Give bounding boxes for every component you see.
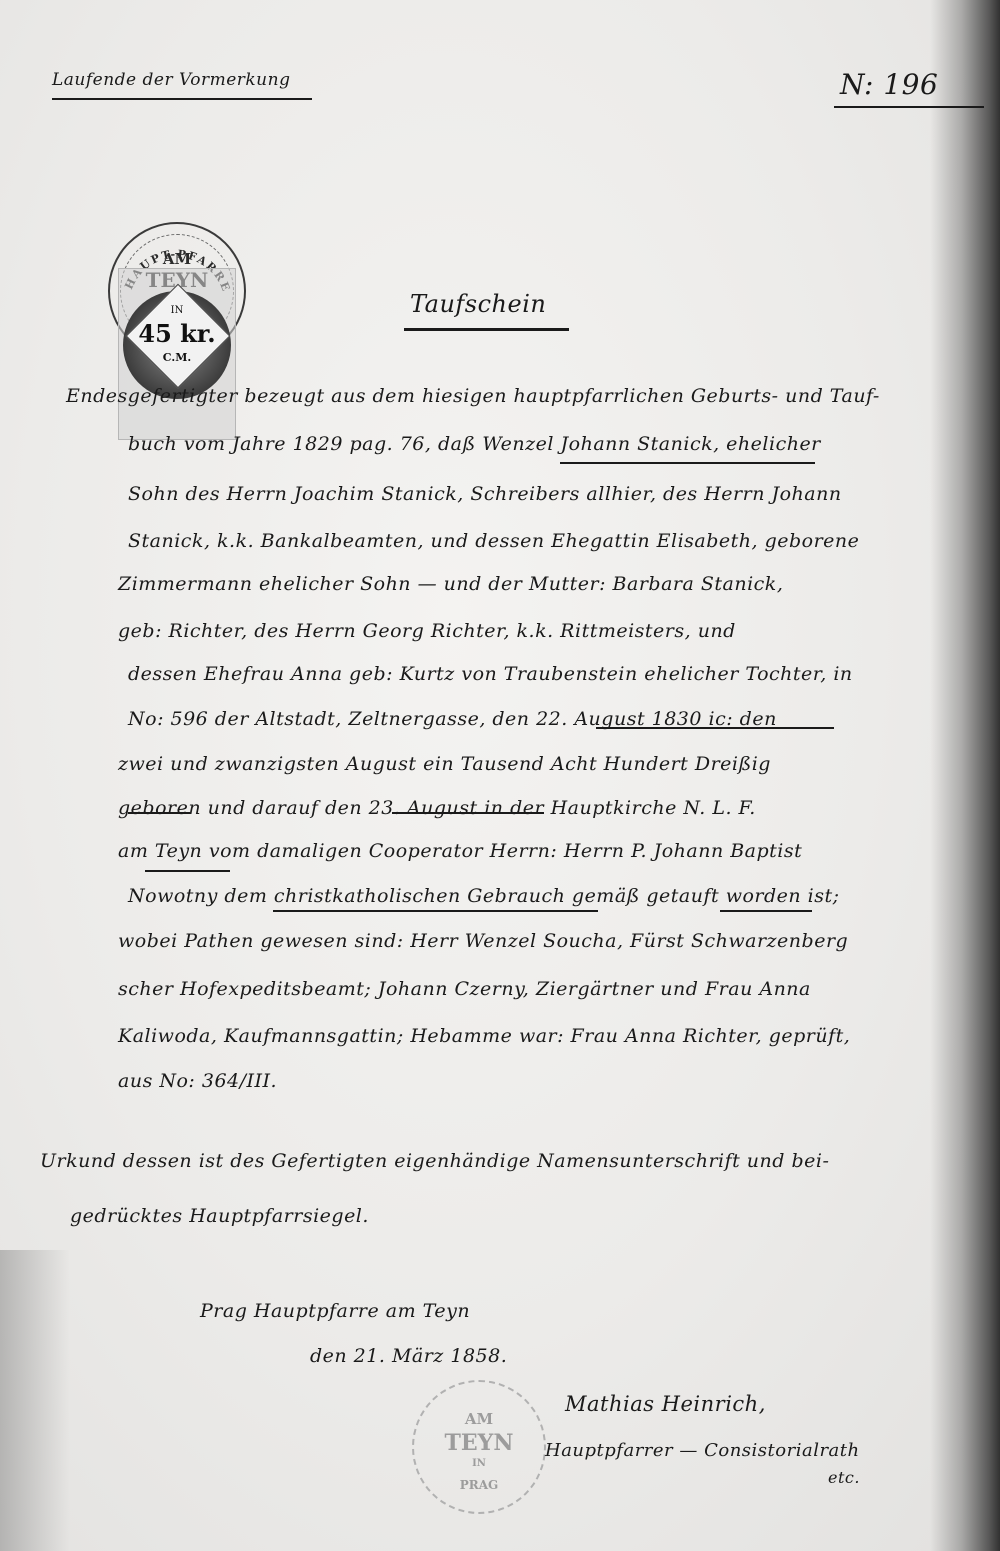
signature-name: Mathias Heinrich, xyxy=(565,1392,766,1416)
seal-line-am: AM xyxy=(110,250,244,268)
body-line: dessen Ehefrau Anna geb: Kurtz von Traub… xyxy=(128,663,853,685)
document-title: Taufschein xyxy=(410,290,546,318)
register-heading-text: Laufende der Vormerkung xyxy=(52,70,290,90)
seal-line-am: AM xyxy=(414,1410,544,1428)
revenue-prefix: IN xyxy=(119,305,235,316)
paper-edge-shadow xyxy=(0,1250,70,1551)
body-line: Nowotny dem christkatholischen Gebrauch … xyxy=(128,885,840,907)
body-line: Sohn des Herrn Joachim Stanick, Schreibe… xyxy=(128,483,842,505)
heading-underline xyxy=(52,98,312,100)
rite-underline xyxy=(273,910,598,912)
body-line: Stanick, k.k. Bankalbeamten, und dessen … xyxy=(128,530,859,552)
document-number: N: 196 xyxy=(840,68,938,101)
geboren-underline xyxy=(128,812,190,814)
body-line: geboren und darauf den 23. August in der… xyxy=(118,797,756,819)
title-text: Taufschein xyxy=(410,290,546,318)
body-line: scher Hofexpeditsbeamt; Johann Czerny, Z… xyxy=(118,978,811,1000)
getauft-underline xyxy=(720,910,812,912)
revenue-value: 45 kr. xyxy=(119,319,235,348)
document-page: Laufende der Vormerkung N: 196 HAUPT-PFA… xyxy=(0,0,1000,1551)
register-heading: Laufende der Vormerkung xyxy=(52,70,290,90)
body-line: zwei und zwanzigsten August ein Tausend … xyxy=(118,753,771,775)
seal-line-prag: PRAG xyxy=(414,1478,544,1492)
number-underline xyxy=(834,106,984,108)
number-value: 196 xyxy=(883,68,938,101)
body-line: buch vom Jahre 1829 pag. 76, daß Wenzel … xyxy=(128,433,821,455)
title-underline xyxy=(404,328,569,331)
name-underline xyxy=(560,462,815,464)
signature-place: Prag Hauptpfarre am Teyn xyxy=(200,1300,470,1322)
revenue-stamp: IN 45 kr. C.M. xyxy=(118,268,236,440)
body-line: aus No: 364/III. xyxy=(118,1070,277,1092)
closing-line: Urkund dessen ist des Gefertigten eigenh… xyxy=(40,1150,829,1172)
body-line: Endesgefertigter bezeugt aus dem hiesige… xyxy=(66,385,880,407)
signature-suffix: etc. xyxy=(828,1468,860,1487)
closing-line: gedrücktes Hauptpfarrsiegel. xyxy=(70,1205,369,1227)
parish-seal-stamp-faded: AM TEYN IN PRAG xyxy=(412,1380,546,1514)
body-line: geb: Richter, des Herrn Georg Richter, k… xyxy=(118,620,736,642)
seal-line-in: IN xyxy=(414,1458,544,1469)
body-line: wobei Pathen gewesen sind: Herr Wenzel S… xyxy=(118,930,848,952)
seal-line-teyn: TEYN xyxy=(414,1430,544,1456)
baptism-date-underline xyxy=(392,812,544,814)
signature-role: Hauptpfarrer — Consistorialrath xyxy=(545,1440,860,1461)
birthdate-underline xyxy=(596,727,834,729)
binding-shadow xyxy=(930,0,1000,1551)
body-line: Kaliwoda, Kaufmannsgattin; Hebamme war: … xyxy=(118,1025,850,1047)
revenue-currency: C.M. xyxy=(119,351,235,364)
body-line: Zimmermann ehelicher Sohn — und der Mutt… xyxy=(118,573,783,595)
signature-date: den 21. März 1858. xyxy=(310,1345,507,1367)
body-line: am Teyn vom damaligen Cooperator Herrn: … xyxy=(118,840,802,862)
number-label: N: xyxy=(840,68,874,101)
am-teyn-underline xyxy=(145,870,230,872)
